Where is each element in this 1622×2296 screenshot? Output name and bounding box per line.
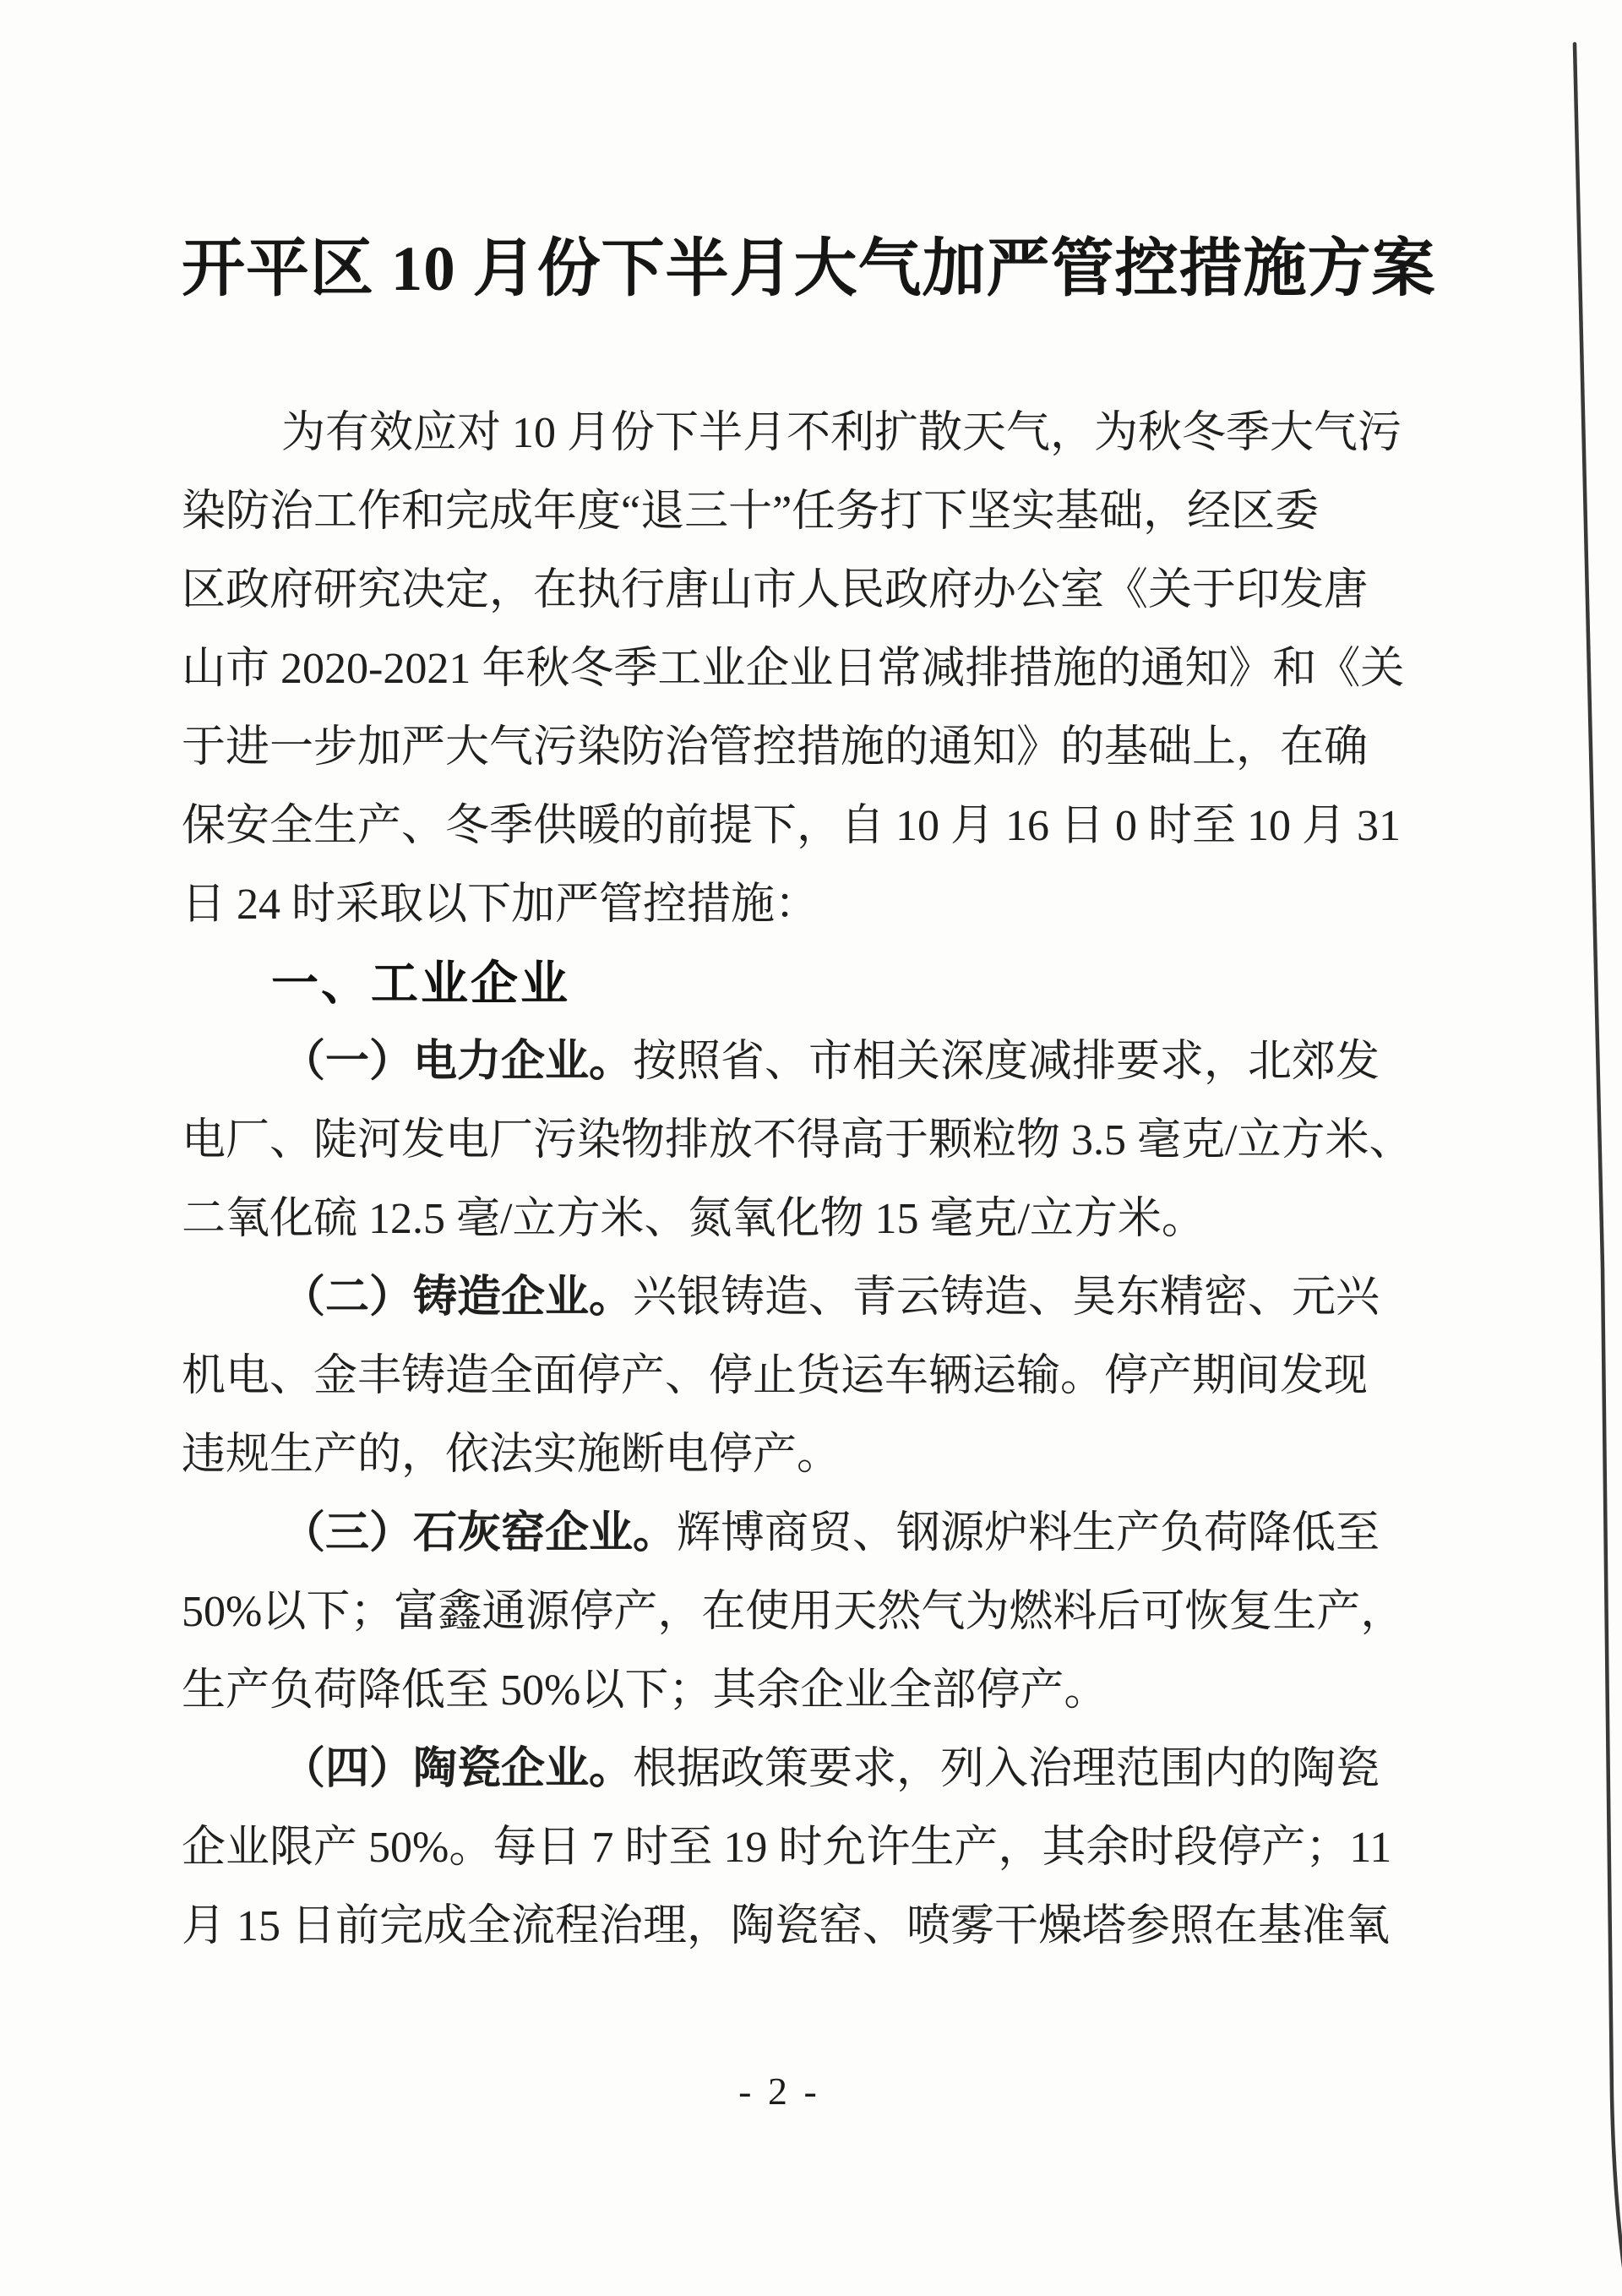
item-label: （二）铸造企业。 [281, 1273, 633, 1322]
paragraph-line: 电厂、陡河发电厂污染物排放不得高于颗粒物 3.5 毫克/立方米、 [182, 1101, 1377, 1180]
paragraph-line: （四）陶瓷企业。根据政策要求，列入治理范围内的陶瓷 [182, 1730, 1377, 1808]
paragraph-line: 保安全生产、冬季供暖的前提下，自 10 月 16 日 0 时至 10 月 31 [182, 787, 1377, 865]
paragraph-line: （二）铸造企业。兴银铸造、青云铸造、昊东精密、元兴 [182, 1258, 1377, 1337]
paragraph-line: 企业限产 50%。每日 7 时至 19 时允许生产，其余时段停产；11 [182, 1808, 1377, 1887]
page-number: - 2 - [182, 2069, 1377, 2113]
item-text: 按照省、市相关深度减排要求，北郊发 [633, 1038, 1380, 1086]
paragraph-line: 二氧化硫 12.5 毫/立方米、氮氧化物 15 毫克/立方米。 [182, 1180, 1377, 1258]
item-text: 兴银铸造、青云铸造、昊东精密、元兴 [633, 1273, 1380, 1322]
scanned-page: 开平区 10 月份下半月大气加严管控措施方案 为有效应对 10 月份下半月不利扩… [0, 0, 1622, 2296]
paragraph-line: 染防治工作和完成年度“退三十”任务打下坚实基础，经区委 [182, 472, 1377, 551]
paragraph-line: （一）电力企业。按照省、市相关深度减排要求，北郊发 [182, 1023, 1377, 1101]
item-label: （一）电力企业。 [281, 1038, 633, 1086]
paragraph-line: 50%以下；富鑫通源停产，在使用天然气为燃料后可恢复生产， [182, 1573, 1377, 1651]
item-text: 根据政策要求，列入治理范围内的陶瓷 [633, 1745, 1380, 1793]
paragraph-line: 区政府研究决定，在执行唐山市人民政府办公室《关于印发唐 [182, 551, 1377, 630]
paragraph-line: 日 24 时采取以下加严管控措施： [182, 865, 1377, 944]
paragraph-line: （三）石灰窑企业。辉博商贸、钢源炉料生产负荷降低至 [182, 1494, 1377, 1573]
item-label: （三）石灰窑企业。 [281, 1509, 677, 1557]
paragraph-line: 月 15 日前完成全流程治理，陶瓷窑、喷雾干燥塔参照在基准氧 [182, 1887, 1377, 1966]
item-text: 辉博商贸、钢源炉料生产负荷降低至 [677, 1509, 1380, 1557]
section-heading: 一、工业企业 [182, 944, 1377, 1023]
document-body: 为有效应对 10 月份下半月不利扩散天气，为秋冬季大气污 染防治工作和完成年度“… [182, 394, 1377, 1966]
paragraph-line: 于进一步加严大气污染防治管控措施的通知》的基础上，在确 [182, 708, 1377, 787]
paragraph-line: 违规生产的，依法实施断电停产。 [182, 1415, 1377, 1494]
document-title: 开平区 10 月份下半月大气加严管控措施方案 [182, 218, 1377, 308]
paragraph-line: 山市 2020-2021 年秋冬季工业企业日常减排措施的通知》和《关 [182, 630, 1377, 708]
paragraph-line: 机电、金丰铸造全面停产、停止货运车辆运输。停产期间发现 [182, 1337, 1377, 1415]
paragraph-line: 为有效应对 10 月份下半月不利扩散天气，为秋冬季大气污 [182, 394, 1377, 472]
item-label: （四）陶瓷企业。 [281, 1745, 633, 1793]
paragraph-line: 生产负荷降低至 50%以下；其余企业全部停产。 [182, 1651, 1377, 1730]
